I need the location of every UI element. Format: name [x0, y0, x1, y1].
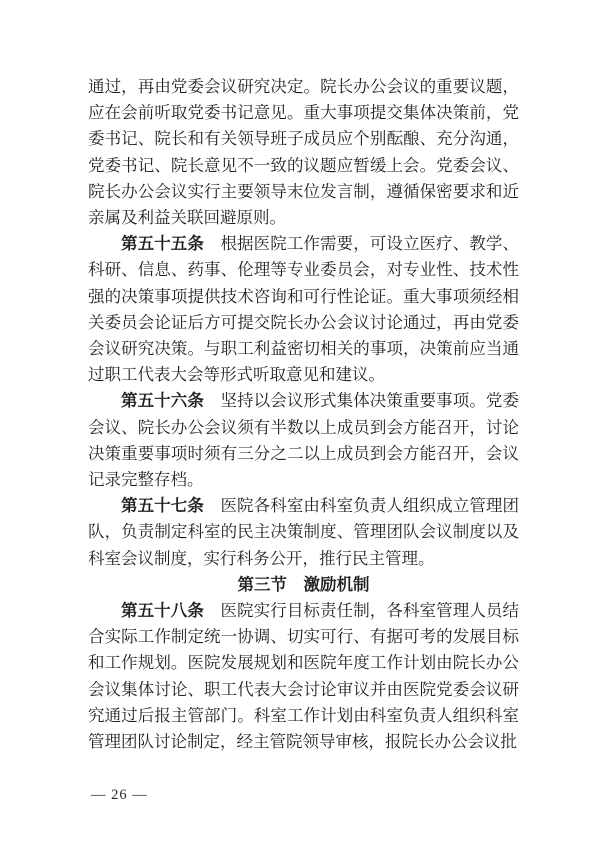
document-page: 通过，再由党委会议研究决定。院长办公会议的重要议题，应在会前听取党委书记意见。重… — [0, 0, 600, 849]
paragraph-body: 医院实行目标责任制，各科室管理人员结合实际工作制定统一协调、切实可行、有据可考的… — [88, 601, 519, 751]
article-number: 第五十七条 — [121, 496, 204, 515]
paragraph-article-57: 第五十七条医院各科室由科室负责人组织成立管理团队，负责制定科室的民主决策制度、管… — [88, 493, 519, 572]
section-heading: 第三节 激励机制 — [88, 572, 519, 598]
article-number: 第五十八条 — [121, 601, 204, 620]
paragraph-continuation: 通过，再由党委会议研究决定。院长办公会议的重要议题，应在会前听取党委书记意见。重… — [88, 74, 519, 231]
article-number: 第五十五条 — [121, 234, 204, 253]
paragraph-article-58: 第五十八条医院实行目标责任制，各科室管理人员结合实际工作制定统一协调、切实可行、… — [88, 598, 519, 755]
document-text-block: 通过，再由党委会议研究决定。院长办公会议的重要议题，应在会前听取党委书记意见。重… — [88, 74, 519, 755]
paragraph-body: 通过，再由党委会议研究决定。院长办公会议的重要议题，应在会前听取党委书记意见。重… — [88, 77, 519, 227]
paragraph-body: 根据医院工作需要，可设立医疗、教学、科研、信息、药事、伦理等专业委员会，对专业性… — [88, 234, 519, 384]
page-number: — 26 — — [91, 786, 148, 804]
paragraph-article-55: 第五十五条根据医院工作需要，可设立医疗、教学、科研、信息、药事、伦理等专业委员会… — [88, 231, 519, 388]
paragraph-article-56: 第五十六条坚持以会议形式集体决策重要事项。党委会议、院长办公会议须有半数以上成员… — [88, 388, 519, 493]
article-number: 第五十六条 — [121, 391, 204, 410]
